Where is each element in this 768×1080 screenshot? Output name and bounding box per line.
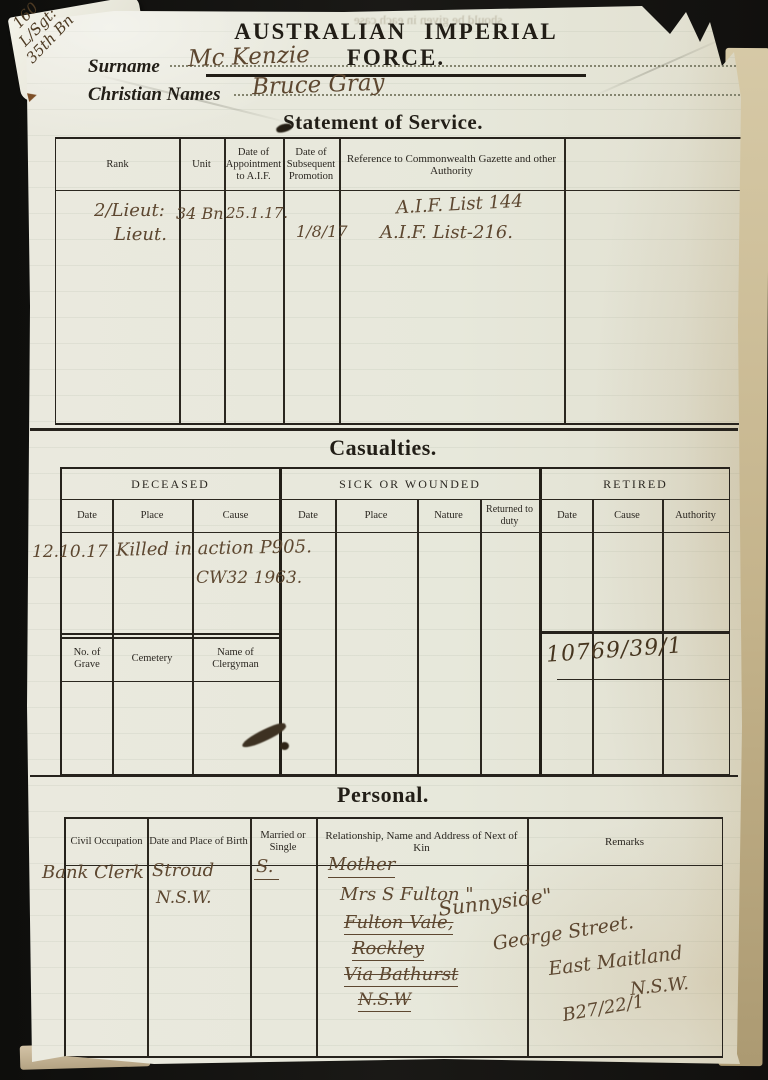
marital-value: S. [254, 856, 279, 880]
service-rank1-value: 2/Lieut: [94, 200, 165, 221]
personal-col-occupation: Civil Occupation [66, 819, 147, 865]
crease-line [590, 36, 728, 99]
service-table: Rank Unit Date of Appointment to A.I.F. … [55, 137, 742, 425]
table-rule [417, 499, 419, 774]
retired-col-date: Date [542, 499, 592, 532]
service-col-unit: Unit [179, 139, 224, 190]
service-unit-value: 34 Bn [176, 204, 224, 223]
retired-col-cause: Cause [592, 499, 662, 532]
service-col-promotion: Date of Subsequent Promotion [283, 139, 339, 190]
table-rule [62, 532, 729, 533]
scan-background: 160 L/Sgt: 35th Bn should be given in ea… [0, 0, 768, 1080]
grave-col-cemetery: Cemetery [112, 639, 192, 679]
deceased-col-date: Date [62, 499, 112, 532]
casualties-table: DECEASED SICK OR WOUNDED RETIRED Date Pl… [60, 467, 730, 776]
service-col-rank: Rank [56, 139, 179, 190]
retired-col-authority: Authority [662, 499, 729, 532]
casualties-group-sick: SICK OR WOUNDED [281, 469, 539, 499]
personal-col-birth: Date and Place of Birth [147, 819, 250, 865]
document-page: should be given in each case AUSTRALIAN … [24, 6, 742, 1068]
table-rule [335, 499, 337, 774]
sick-col-nature: Nature [417, 499, 480, 532]
table-rule [557, 679, 729, 680]
table-rule [542, 631, 729, 634]
deceased-col-place: Place [112, 499, 192, 532]
casualty-reference-value: CW32 1963. [196, 568, 302, 588]
casualties-group-deceased: DECEASED [62, 469, 279, 499]
service-promotion-value: 1/8/17 [296, 222, 348, 241]
casualties-heading: Casualties. [24, 435, 742, 461]
sick-col-place: Place [335, 499, 417, 532]
sick-col-returned: Returned to duty [480, 499, 539, 532]
table-rule [592, 499, 594, 774]
birthplace-state-value: N.S.W. [156, 888, 212, 908]
nok-struck-line3: Via Bathurst [344, 964, 458, 987]
personal-heading: Personal. [24, 782, 742, 808]
personal-col-remarks: Remarks [527, 819, 722, 865]
casualty-date-value: 12.10.17 [32, 542, 108, 562]
birthplace-value: Stroud [152, 860, 214, 881]
christian-names-value: Bruce Gray [252, 70, 385, 101]
pointer-mark-icon [27, 91, 38, 102]
nok-struck-line4: N.S.W [358, 990, 411, 1012]
grave-col-number: No. of Grave [62, 639, 112, 679]
service-col-reference: Reference to Commonwealth Gazette and ot… [339, 139, 564, 190]
service-appointment-value: 25.1.17. [226, 204, 288, 222]
table-rule [62, 681, 279, 682]
service-rank2-value: Lieut. [114, 224, 167, 245]
table-rule [480, 499, 482, 774]
deceased-col-cause: Cause [192, 499, 279, 532]
surname-label: Surname [88, 56, 160, 78]
casualty-cause-value: Killed in action P905. [116, 536, 312, 560]
sick-col-date: Date [281, 499, 335, 532]
section-divider [30, 428, 738, 431]
table-rule [56, 190, 741, 191]
service-col-appointment: Date of Appointment to A.I.F. [224, 139, 283, 190]
grave-col-clergyman: Name of Clergyman [192, 639, 279, 679]
occupation-value: Bank Clerk [42, 862, 144, 883]
surname-value: Mc Kenzie [188, 42, 311, 72]
christian-names-label: Christian Names [88, 84, 221, 106]
section-divider [30, 775, 738, 777]
nok-struck-line1: Fulton Vale, [344, 912, 453, 935]
table-rule [564, 139, 566, 423]
service-reference2-value: A.I.F. List-216. [380, 222, 513, 243]
nok-struck-line2: Rockley [352, 938, 424, 961]
casualties-group-retired: RETIRED [542, 469, 729, 499]
table-rule [62, 633, 279, 635]
service-heading: Statement of Service. [24, 110, 742, 135]
ink-blot [280, 742, 289, 750]
nok-relation-value: Mother [328, 854, 395, 878]
